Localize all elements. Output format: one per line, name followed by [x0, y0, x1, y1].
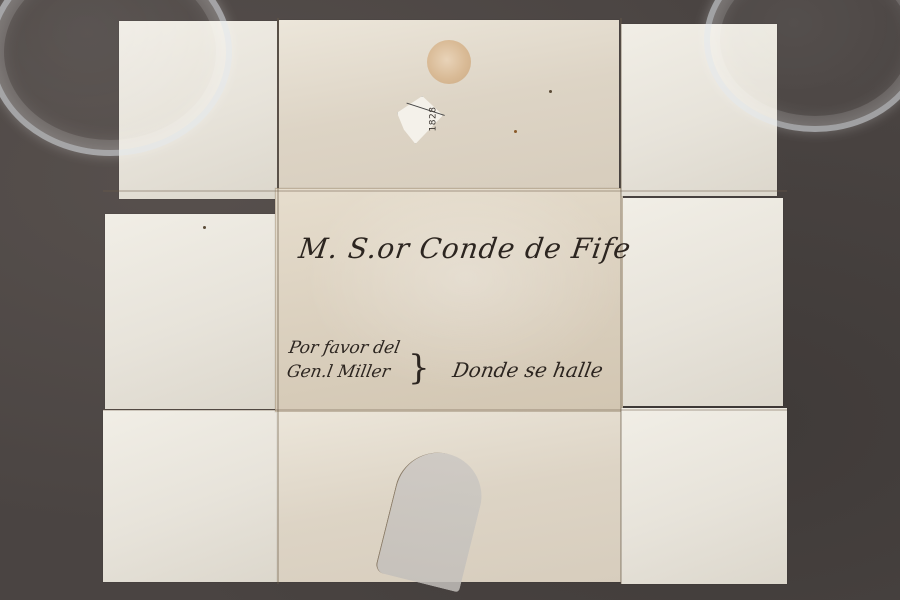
- right-middle-flap: [623, 198, 783, 406]
- right-bottom-flap: [621, 408, 787, 584]
- pencil-date-note: 1828: [428, 107, 438, 132]
- ink-speck: [514, 130, 517, 133]
- fold-line-left: [277, 18, 279, 584]
- courier-line-2: Gen.l Miller: [285, 362, 391, 382]
- addressee-line: M. S.or Conde de Fife: [297, 232, 634, 265]
- fold-line-bottom: [103, 409, 787, 411]
- fold-line-top: [103, 190, 787, 192]
- left-middle-flap: [105, 214, 277, 409]
- left-bottom-flap: [103, 410, 277, 582]
- courier-line-1: Por favor del: [287, 338, 401, 358]
- brace-mark: }: [408, 348, 430, 388]
- destination-line: Donde se halle: [451, 358, 605, 382]
- ink-speck: [549, 90, 552, 93]
- wax-seal-remnant: [427, 40, 471, 84]
- ink-speck: [203, 226, 206, 229]
- fold-line-right: [620, 18, 622, 584]
